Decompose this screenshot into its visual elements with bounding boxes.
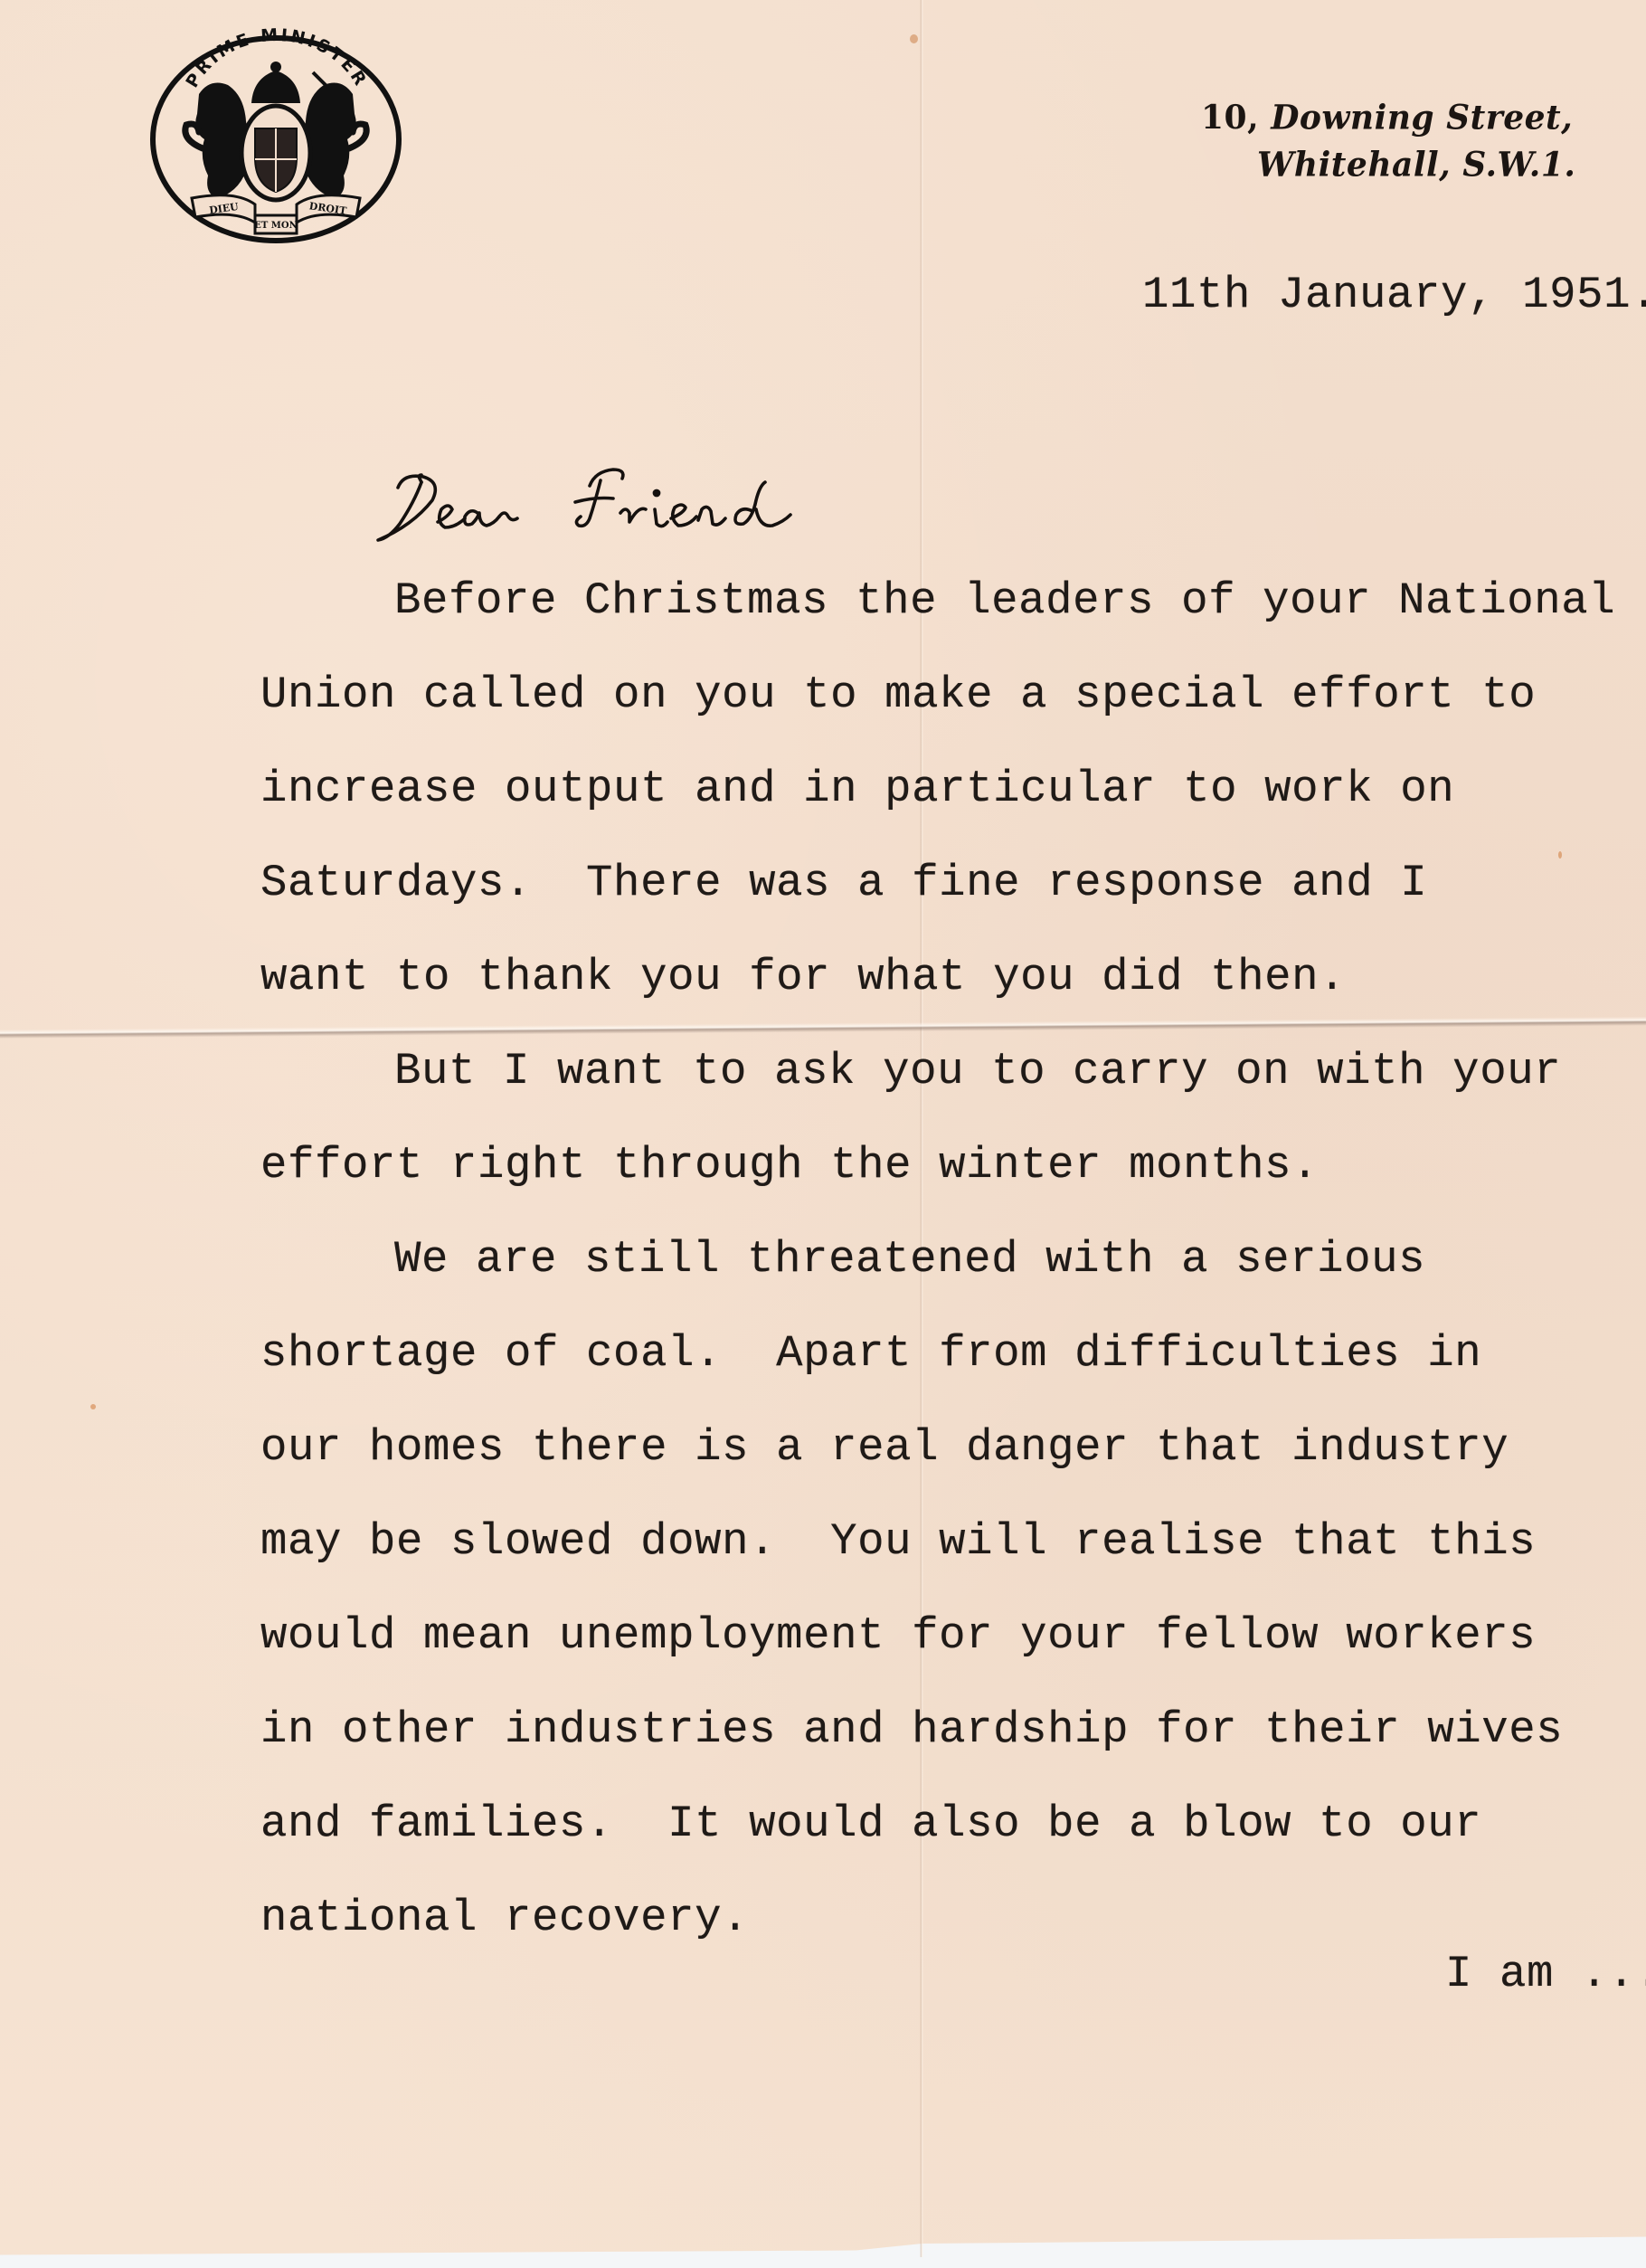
body-line: in other industries and hardship for the… [260,1683,1646,1777]
body-line: would mean unemployment for your fellow … [260,1589,1646,1683]
body-line: want to thank you for what you did then. [260,930,1646,1024]
body-line: We are still threatened with a serious [260,1212,1646,1306]
address-line-1: 10, Downing Street, [1201,101,1575,134]
body-line: may be slowed down. You will realise tha… [260,1495,1646,1589]
address-line-2: Whitehall, S.W.1. [1257,148,1575,181]
body-line: increase output and in particular to wor… [260,742,1646,836]
motto-center: ET MON [254,221,297,231]
page-continuation: I am ... [1445,1952,1646,1997]
paragraph: We are still threatened with a serious s… [260,1212,1646,1965]
body-line: Before Christmas the leaders of your Nat… [260,554,1646,648]
body-line: and families. It would also be a blow to… [260,1777,1646,1871]
rust-spot [90,1404,96,1409]
body-line: Union called on you to make a special ef… [260,648,1646,742]
address-district: Whitehall, S.W.1. [1257,147,1575,182]
royal-coat-of-arms-icon: PRIME MINISTER DIEU ET MON DROIT [145,13,407,248]
body-line: Saturdays. There was a fine response and… [260,836,1646,930]
body-line: But I want to ask you to carry on with y… [260,1024,1646,1118]
address-street: Downing Street, [1271,100,1573,135]
letterhead-address: 10, Downing Street, Whitehall, S.W.1. [1201,101,1575,181]
address-number: 10, [1201,99,1259,137]
letter-body: Before Christmas the leaders of your Nat… [260,554,1646,1965]
body-line: shortage of coal. Apart from difficultie… [260,1306,1646,1400]
body-line: national recovery. [260,1871,1646,1965]
body-line: effort right through the winter months. [260,1118,1646,1212]
body-line: our homes there is a real danger that in… [260,1400,1646,1495]
prime-minister-crest: PRIME MINISTER DIEU ET MON DROIT [145,13,407,248]
rust-spot [910,34,918,43]
letter-date: 11th January, 1951. [1142,273,1646,318]
paragraph: Before Christmas the leaders of your Nat… [260,554,1646,1024]
paragraph: But I want to ask you to carry on with y… [260,1024,1646,1212]
handwritten-salutation: Dear Friend [358,446,837,546]
